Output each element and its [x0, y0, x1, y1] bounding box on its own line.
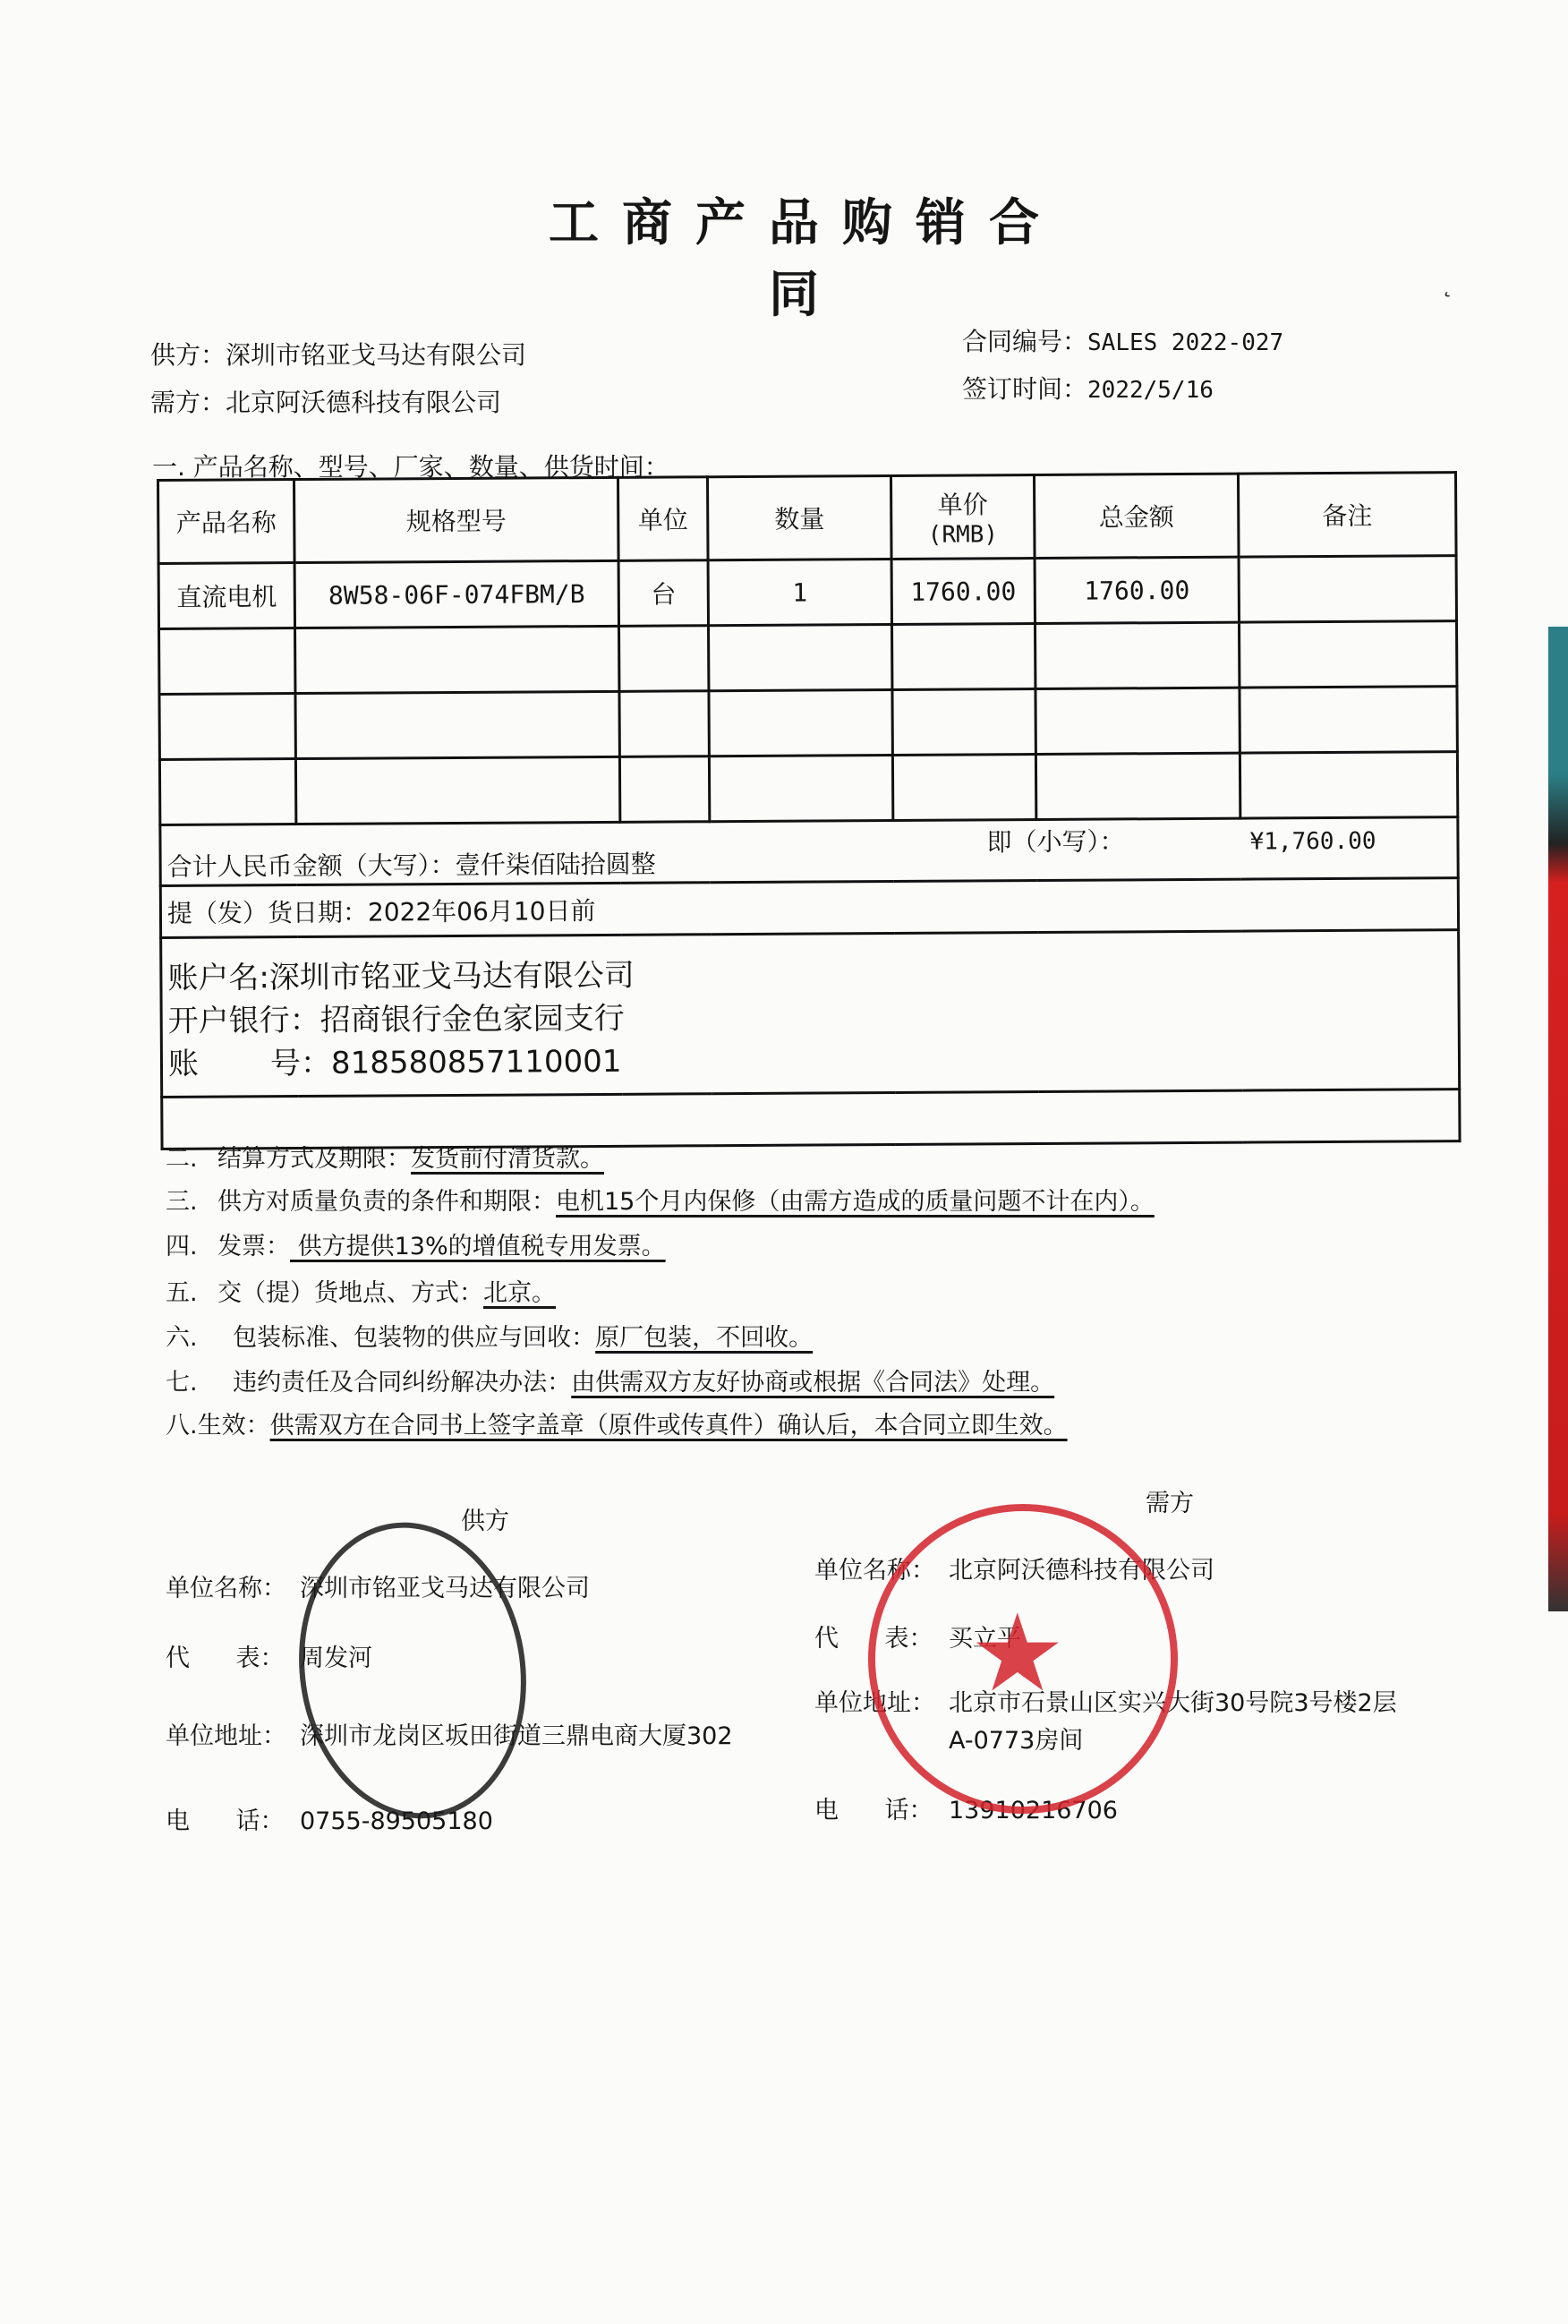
cell-total: [1035, 622, 1240, 688]
supplier-line: 供方：深圳市铭亚戈马达有限公司: [150, 336, 526, 372]
account-number-value: 号：818580857110001: [270, 1044, 622, 1081]
contract-number: 合同编号：SALES 2022-027: [962, 322, 1283, 358]
clause-4: 四.发票： 供方提供13%的增值税专用发票。: [166, 1226, 666, 1261]
buyer-phone-label: 电 话：: [814, 1790, 949, 1825]
clause-value: 供方提供13%的增值税专用发票。: [290, 1233, 666, 1260]
buyer-heading: 需方: [1146, 1483, 1194, 1518]
cell-qty: [709, 755, 892, 821]
cell-unit: [619, 626, 709, 692]
cell-total: [1035, 688, 1240, 754]
cell-remark: [1240, 621, 1457, 688]
table-row: [159, 621, 1457, 695]
bank-name: 开户银行：招商银行金色家园支行: [168, 992, 1458, 1043]
header-unit: 单位: [618, 477, 708, 561]
contract-number-label: 合同编号：: [962, 327, 1087, 356]
total-small: 即（小写）：¥1,760.00: [986, 820, 1376, 859]
delivery-date: 提（发）货日期：2022年06月10日前: [160, 878, 1458, 938]
header-price-currency: (RMB): [892, 521, 1033, 549]
cell-qty: [709, 624, 892, 690]
clause-label: 违约责任及合同纠纷解决办法：: [217, 1369, 571, 1397]
cell-price: [892, 755, 1035, 821]
cell-remark: [1239, 556, 1456, 622]
account-number: 账号：818580857110001: [168, 1035, 1458, 1086]
cell-product: [159, 628, 295, 695]
cell-product: 直流电机: [158, 563, 294, 629]
header-qty: 数量: [707, 475, 891, 560]
clause-8: 八.生效：供需双方在合同书上签字盖章（原件或传真件）确认后，本合同立即生效。: [166, 1406, 1068, 1440]
account-row: 账户名:深圳市铭亚戈马达有限公司 开户银行：招商银行金色家园支行 账号：8185…: [161, 930, 1460, 1098]
clause-label: 结算方式及期限：: [217, 1145, 411, 1173]
clause-num: 五.: [166, 1273, 217, 1308]
cell-qty: [709, 689, 892, 756]
clause-value: 北京。: [483, 1279, 556, 1307]
clause-label: 交（提）货地点、方式：: [217, 1279, 483, 1307]
clause-label: 包装标准、包装物的供应与回收：: [217, 1324, 595, 1352]
clause-value: 由供需双方友好协商或根据《合同法》处理。: [571, 1369, 1054, 1397]
total-words: 合计人民币金额（大写）：壹仟柒佰陆拾圆整: [166, 825, 655, 883]
supplier-seal-stamp: [280, 1508, 545, 1833]
header-price: 单价 (RMB): [891, 475, 1035, 560]
cell-total: 1760.00: [1035, 557, 1239, 623]
cell-unit: [619, 691, 709, 757]
clause-num: 四.: [166, 1226, 217, 1261]
star-icon: ★: [969, 1601, 1066, 1708]
clause-3: 三.供方对质量负责的条件和期限：电机15个月内保修（由需方造成的质量问题不计在内…: [166, 1182, 1155, 1217]
header-remark: 备注: [1238, 473, 1456, 557]
table-row: 直流电机 8W58-06F-074FBM/B 台 1 1760.00 1760.…: [158, 556, 1456, 629]
delivery-row: 提（发）货日期：2022年06月10日前: [160, 878, 1458, 938]
cell-model: [295, 691, 619, 758]
account-name: 账户名:深圳市铭亚戈马达有限公司: [167, 949, 1457, 1000]
total-row: 合计人民币金额（大写）：壹仟柒佰陆拾圆整 即（小写）：¥1,760.00: [160, 817, 1458, 886]
cell-product: [159, 759, 295, 825]
contract-number-value: SALES 2022-027: [1087, 329, 1283, 356]
cell-unit: [619, 756, 709, 823]
supplier-name-label: 单位名称：: [166, 1568, 300, 1603]
supplier-address-label: 单位地址：: [166, 1716, 300, 1751]
clause-6: 六. 包装标准、包装物的供应与回收：原厂包装，不回收。: [166, 1318, 813, 1353]
table-row: [159, 752, 1457, 825]
clause-num: 六.: [166, 1318, 217, 1353]
cell-price: [892, 689, 1035, 756]
sign-date-value: 2022/5/16: [1087, 377, 1214, 404]
cell-total: [1035, 753, 1240, 819]
clause-5: 五.交（提）货地点、方式：北京。: [166, 1273, 556, 1308]
sign-date: 签订时间：2022/5/16: [962, 370, 1214, 406]
clause-num: 三.: [166, 1182, 217, 1217]
cell-unit: 台: [618, 560, 708, 627]
cell-qty: 1: [708, 559, 891, 625]
clause-value: 供需双方在合同书上签字盖章（原件或传真件）确认后，本合同立即生效。: [270, 1412, 1068, 1440]
cell-price: [892, 624, 1035, 690]
product-table: 产品名称 规格型号 单位 数量 单价 (RMB) 总金额 备注 直流电机 8W5…: [157, 471, 1461, 1150]
cell-product: [159, 694, 295, 760]
header-price-label: 单价: [892, 485, 1033, 522]
cell-price: 1760.00: [891, 559, 1035, 625]
supplier-heading: 供方: [461, 1501, 509, 1536]
clause-label: 发票：: [217, 1233, 290, 1260]
clause-value: 电机15个月内保修（由需方造成的质量问题不计在内）。: [556, 1188, 1155, 1216]
buyer-seal-stamp: ★: [868, 1504, 1178, 1814]
clause-num: 七.: [166, 1363, 217, 1397]
clause-2: 二.结算方式及期限：发货前付清货款。: [166, 1139, 604, 1174]
cell-remark: [1240, 752, 1457, 818]
supplier-phone-label: 电 话：: [166, 1801, 300, 1836]
cell-model: [295, 756, 619, 824]
buyer-line: 需方：北京阿沃德科技有限公司: [150, 383, 501, 419]
table-row: [159, 687, 1457, 760]
stray-mark: ˛: [1441, 269, 1453, 298]
sign-date-label: 签订时间：: [962, 374, 1087, 404]
supplier-rep-label: 代 表：: [166, 1638, 300, 1673]
total-cell: 合计人民币金额（大写）：壹仟柒佰陆拾圆整 即（小写）：¥1,760.00: [160, 817, 1458, 886]
clause-num: 二.: [166, 1139, 217, 1174]
clause-value: 原厂包装，不回收。: [595, 1324, 813, 1352]
account-cell: 账户名:深圳市铭亚戈马达有限公司 开户银行：招商银行金色家园支行 账号：8185…: [161, 930, 1460, 1098]
table-header-row: 产品名称 规格型号 单位 数量 单价 (RMB) 总金额 备注: [158, 473, 1457, 564]
cell-remark: [1240, 687, 1457, 753]
page-edge-background: [1548, 627, 1568, 1611]
header-product: 产品名称: [158, 480, 295, 564]
clause-label: 生效：: [198, 1412, 270, 1440]
clause-value: 发货前付清货款。: [411, 1145, 604, 1173]
header-model: 规格型号: [294, 477, 619, 562]
header-total: 总金额: [1034, 474, 1239, 558]
document-title: 工商产品购销合同: [537, 184, 1074, 327]
total-small-label: 即（小写）：: [986, 826, 1124, 857]
clause-label: 供方对质量负责的条件和期限：: [217, 1188, 556, 1216]
clause-7: 七. 违约责任及合同纠纷解决办法：由供需双方友好协商或根据《合同法》处理。: [166, 1363, 1054, 1397]
account-number-label: 账: [168, 1047, 199, 1082]
cell-model: [295, 626, 619, 693]
total-small-value: ¥1,760.00: [1250, 827, 1376, 855]
cell-model: 8W58-06F-074FBM/B: [294, 560, 618, 628]
clause-num: 八.: [166, 1406, 198, 1440]
